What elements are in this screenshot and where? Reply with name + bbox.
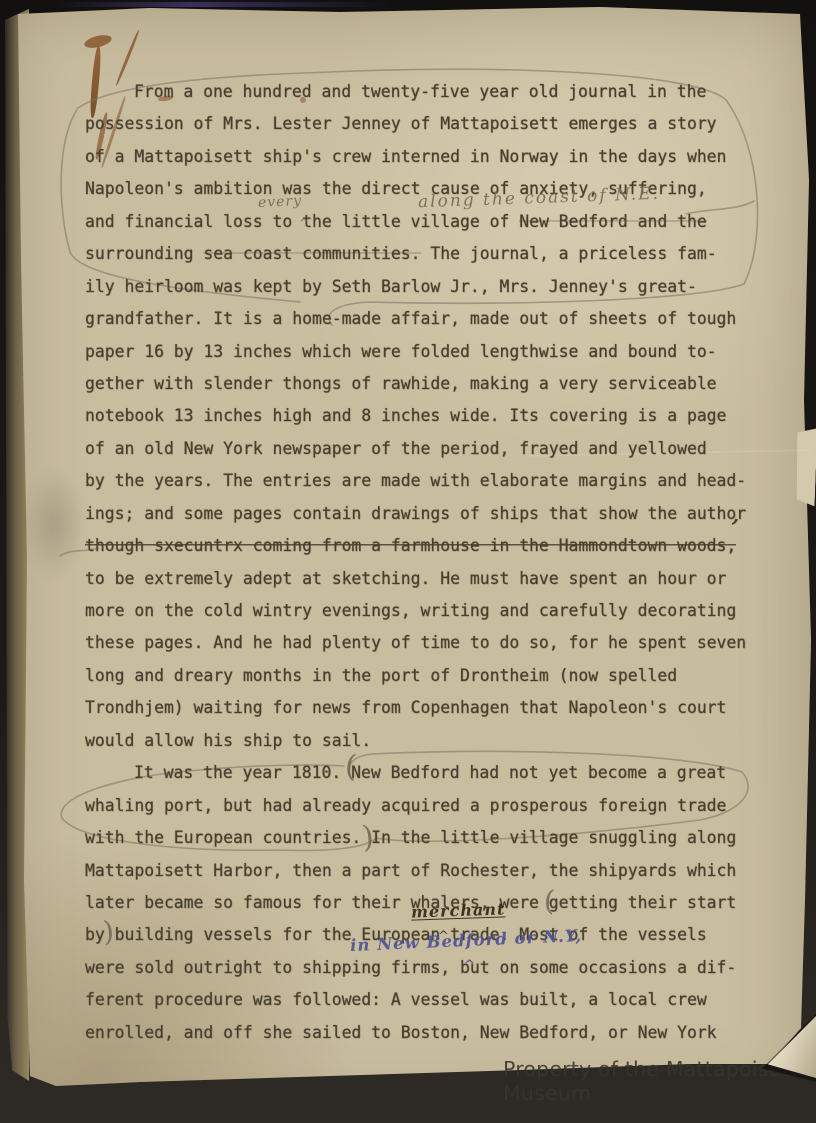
handwritten-merchant: merchant	[411, 899, 506, 921]
typed-text: whaling port, but had already acquired a…	[85, 796, 726, 815]
typed-line: paper 16 by 13 inches which were folded …	[85, 336, 765, 368]
typed-text: Trondhjem) waiting for news from Copenha…	[85, 698, 726, 717]
typed-line: enrolled, and off she sailed to Boston, …	[85, 1017, 765, 1049]
typed-line: of an old New York newspaper of the peri…	[85, 433, 765, 465]
pencil-paren-open: (	[543, 884, 556, 918]
pencil-paren-close: )	[102, 915, 115, 949]
typed-line: notebook 13 inches high and 8 inches wid…	[85, 400, 765, 432]
typed-text: with the European countries. In the litt…	[85, 828, 736, 847]
typed-line: ily heirloom was kept by Seth Barlow Jr.…	[85, 271, 765, 303]
typed-text: Mattapoisett Harbor, then a part of Roch…	[85, 861, 736, 880]
struck-text: sea coast communities.	[203, 244, 420, 263]
scanned-document: From a one hundred and twenty-five year …	[0, 0, 816, 1123]
typed-line: From a one hundred and twenty-five year …	[85, 76, 765, 108]
typed-text: It was the year 1810. New Bedford had no…	[134, 763, 726, 782]
typed-line: were sold outright to shipping firms, bu…	[85, 952, 765, 984]
typed-line: possession of Mrs. Lester Jenney of Matt…	[85, 108, 765, 140]
typed-line: gether with slender thongs of rawhide, m…	[85, 368, 765, 400]
typed-text: of a Mattapoisett ship's crew interned i…	[85, 147, 726, 166]
typed-text: of an old New York newspaper of the peri…	[85, 439, 707, 458]
caret-mark: ^	[464, 958, 475, 973]
typed-text: these pages. And he had plenty of time t…	[85, 633, 746, 652]
typed-text: by the years. The entries are made with …	[85, 471, 746, 490]
typed-text: long and dreary months in the port of Dr…	[85, 666, 677, 685]
typed-line: surrounding sea coast communities. The j…	[85, 238, 765, 270]
struck-text: though sxecuntrx coming from a farmhouse…	[85, 536, 736, 555]
struck-text: New Bedford and the	[519, 212, 707, 231]
typed-text: ings; and some pages contain drawings of…	[85, 504, 746, 523]
typed-line: long and dreary months in the port of Dr…	[85, 660, 765, 692]
typed-text: The journal, a priceless fam-	[421, 244, 717, 263]
typed-line: by the years. The entries are made with …	[85, 465, 765, 497]
typed-line: to be extremely adept at sketching. He m…	[85, 563, 765, 595]
typed-line: Mattapoisett Harbor, then a part of Roch…	[85, 855, 765, 887]
typed-line: with the European countries. In the litt…	[85, 822, 765, 854]
typed-text: ferent procedure was followed: A vessel …	[85, 990, 707, 1009]
typed-text: to be extremely adept at sketching. He m…	[85, 569, 726, 588]
caret-mark: ^	[299, 216, 309, 230]
typed-text: surrounding	[85, 244, 203, 263]
typed-line: these pages. And he had plenty of time t…	[85, 627, 765, 659]
typed-line: whaling port, but had already acquired a…	[85, 790, 765, 822]
typed-line: Trondhjem) waiting for news from Copenha…	[85, 692, 765, 724]
typed-line: ings; and some pages contain drawings of…	[85, 498, 765, 530]
typed-line: ferent procedure was followed: A vessel …	[85, 984, 765, 1016]
typed-text: ily heirloom was kept by Seth Barlow Jr.…	[85, 277, 697, 296]
typed-text: paper 16 by 13 inches which were folded …	[85, 342, 717, 361]
typed-line: would allow his ship to sail.	[85, 725, 765, 757]
handwritten-every: every	[258, 193, 303, 211]
typed-text: were sold outright to shipping firms, bu…	[85, 958, 736, 977]
typed-text: From a one hundred and twenty-five year …	[134, 82, 706, 101]
typed-text: notebook 13 inches high and 8 inches wid…	[85, 406, 726, 425]
typed-text: more on the cold wintry evenings, writin…	[85, 601, 736, 620]
typed-text: gether with slender thongs of rawhide, m…	[85, 374, 717, 393]
typed-line: It was the year 1810. New Bedford had no…	[85, 757, 765, 789]
typed-text: enrolled, and off she sailed to Boston, …	[85, 1023, 717, 1042]
typed-line: though sxecuntrx coming from a farmhouse…	[85, 530, 765, 562]
typed-line: more on the cold wintry evenings, writin…	[85, 595, 765, 627]
typed-line: grandfather. It is a home-made affair, m…	[85, 303, 765, 335]
typed-line: of a Mattapoisett ship's crew interned i…	[85, 141, 765, 173]
typed-text: grandfather. It is a home-made affair, m…	[85, 309, 736, 328]
typed-text: possession of Mrs. Lester Jenney of Matt…	[85, 114, 717, 133]
typed-text: would allow his ship to sail.	[85, 731, 371, 750]
